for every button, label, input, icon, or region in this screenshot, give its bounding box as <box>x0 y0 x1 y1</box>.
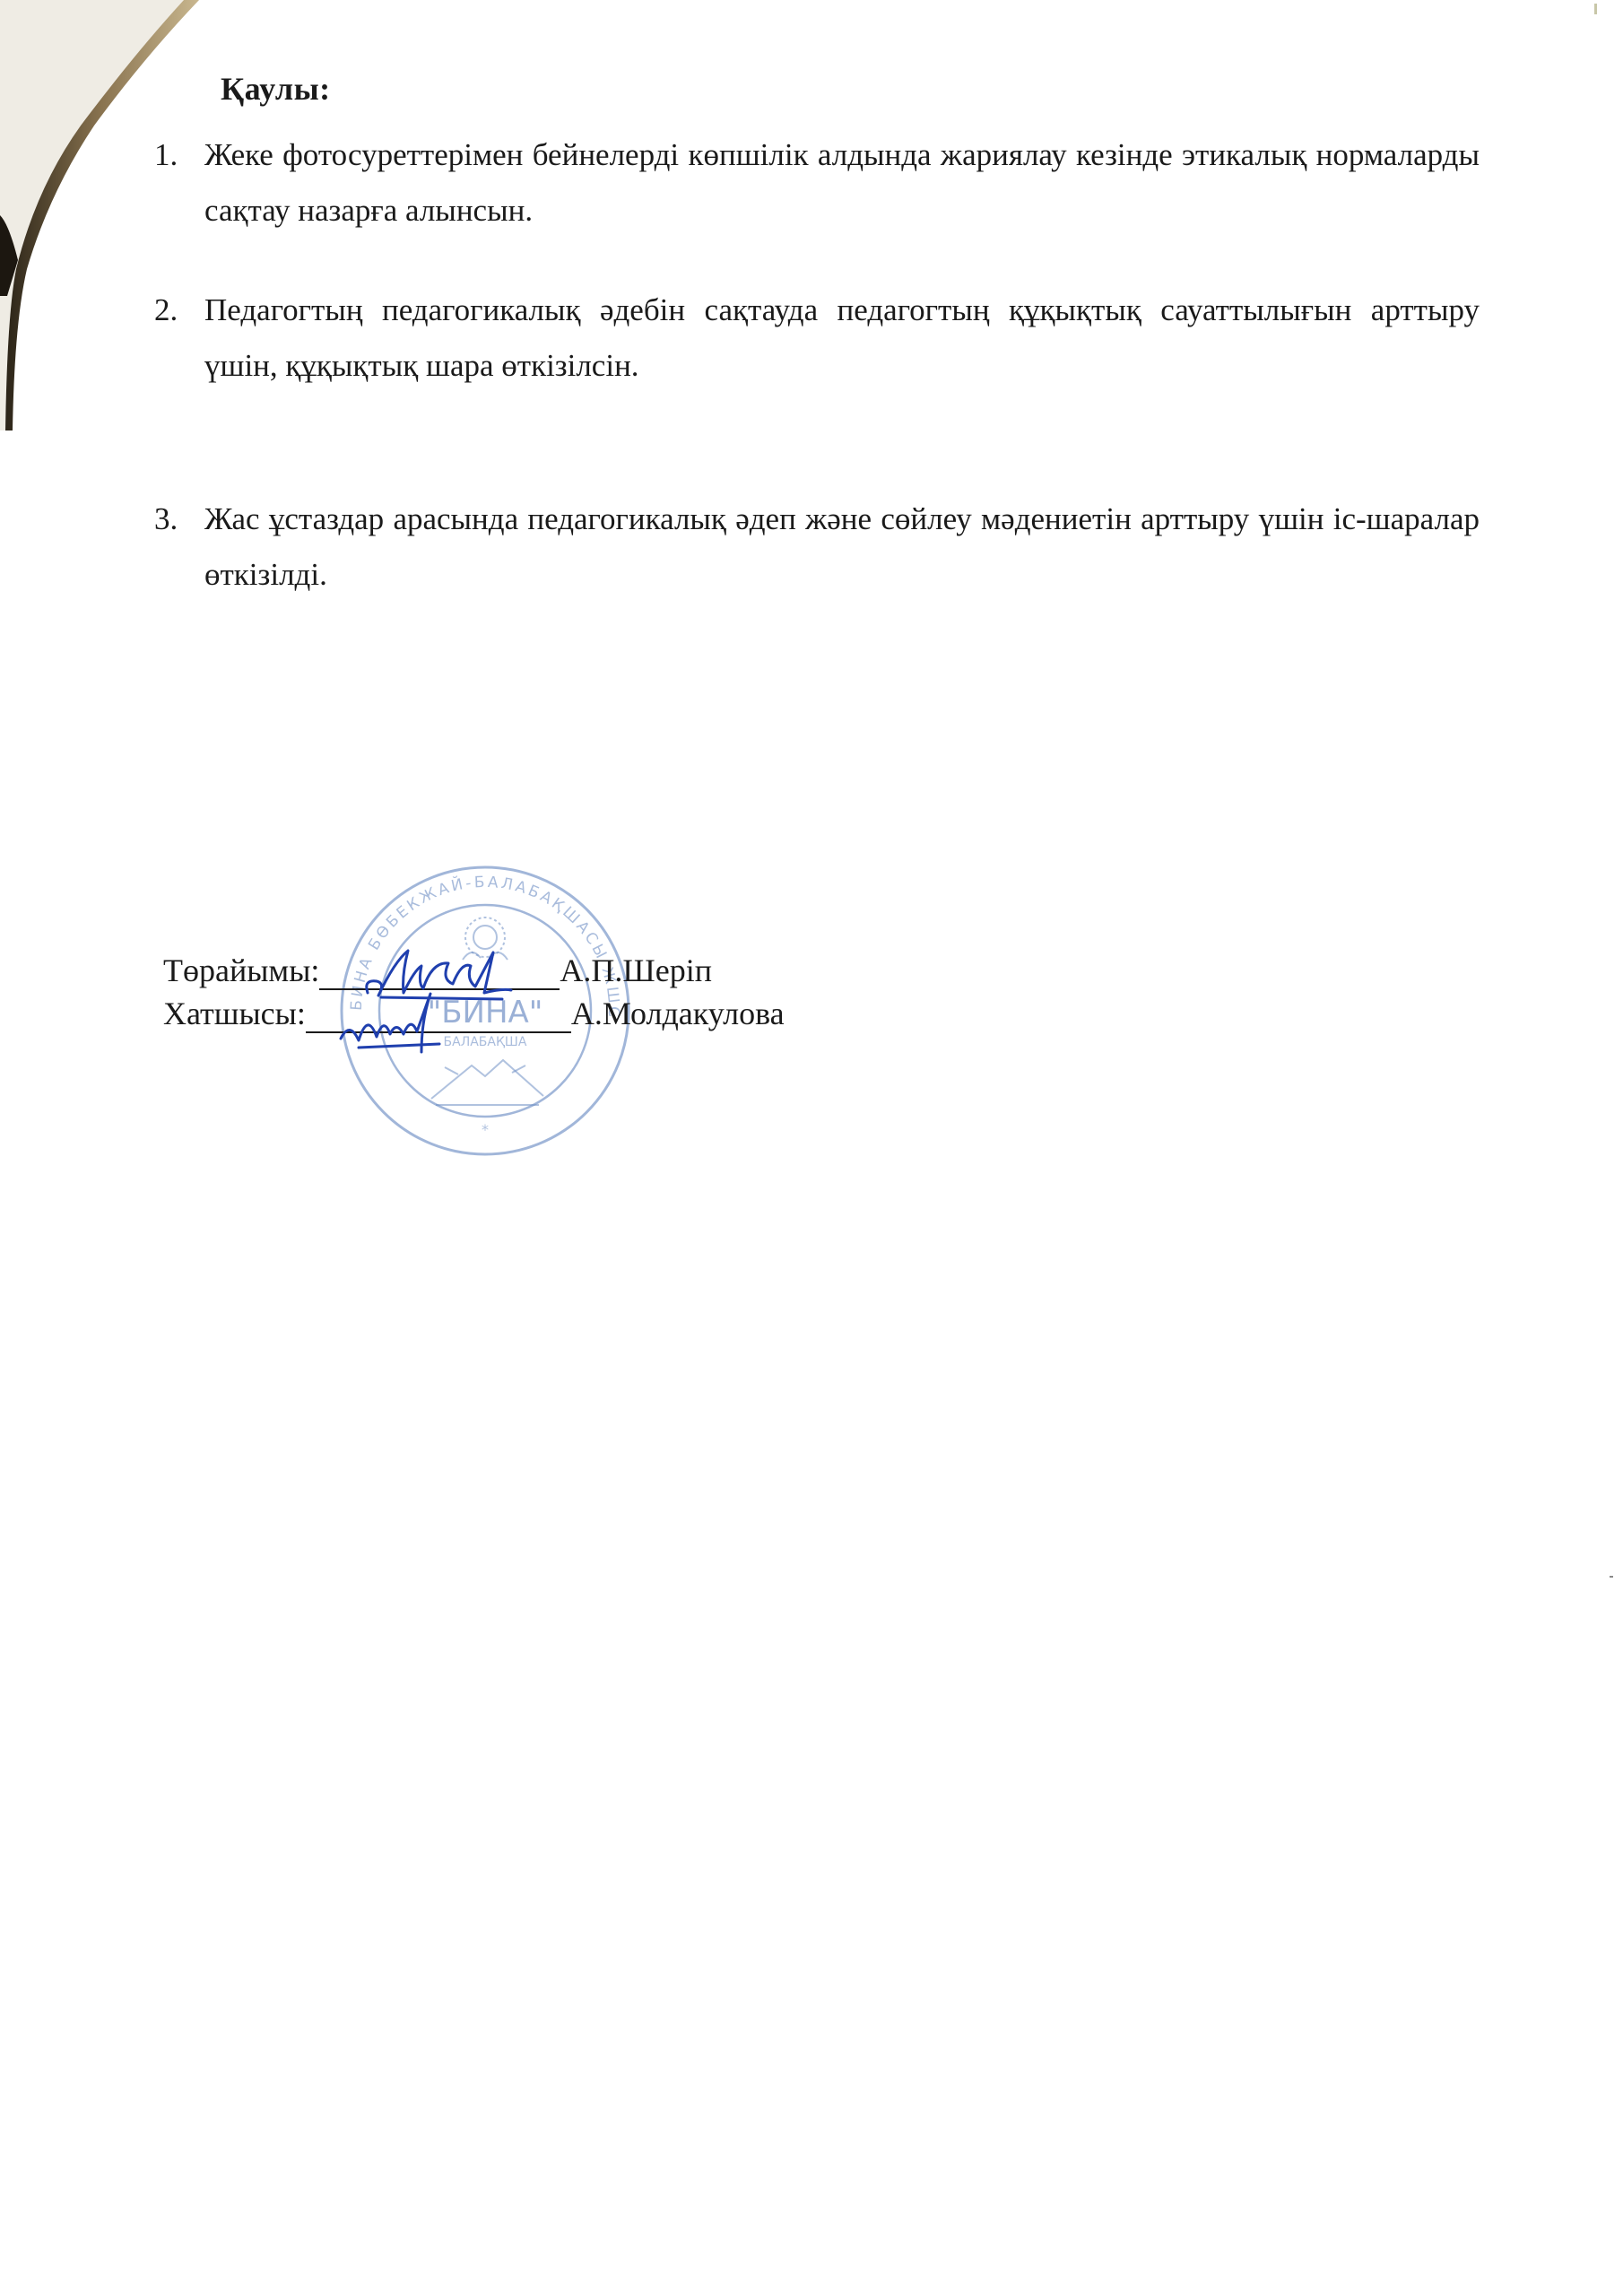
scan-speck <box>1610 1576 1613 1578</box>
signature-line <box>306 999 571 1033</box>
signature-role: Төрайымы: <box>163 951 319 990</box>
item-number: 2. <box>154 283 204 338</box>
item-text: Педагогтың педагогикалық әдебін сақтауда… <box>204 283 1480 394</box>
scan-speck <box>1594 4 1597 14</box>
signature-name: А.П.Шеріп <box>560 951 712 990</box>
item-number: 3. <box>154 491 204 547</box>
signature-line <box>319 956 560 990</box>
resolution-heading: Қаулы: <box>221 70 331 108</box>
item-text: Жеке фотосуреттерімен бейнелерді көпшілі… <box>204 127 1480 239</box>
resolution-item: 1. Жеке фотосуреттерімен бейнелерді көпш… <box>154 127 1480 239</box>
svg-text:*: * <box>482 1121 489 1138</box>
document-page: Қаулы: 1. Жеке фотосуреттерімен бейнелер… <box>0 0 1623 2296</box>
signature-role: Хатшысы: <box>163 994 306 1033</box>
resolution-item: 2. Педагогтың педагогикалық әдебін сақта… <box>154 283 1480 394</box>
item-text: Жас ұстаздар арасында педагогикалық әдеп… <box>204 491 1480 603</box>
signature-row-secretary: Хатшысы:А.Молдакулова <box>163 994 785 1033</box>
stamp-sub-text: БАЛАБАҚША <box>444 1035 527 1049</box>
resolution-item: 3. Жас ұстаздар арасында педагогикалық ә… <box>154 491 1480 603</box>
item-number: 1. <box>154 127 204 183</box>
signature-name: А.Молдакулова <box>571 994 785 1033</box>
signature-row-chair: Төрайымы:А.П.Шеріп <box>163 951 712 990</box>
